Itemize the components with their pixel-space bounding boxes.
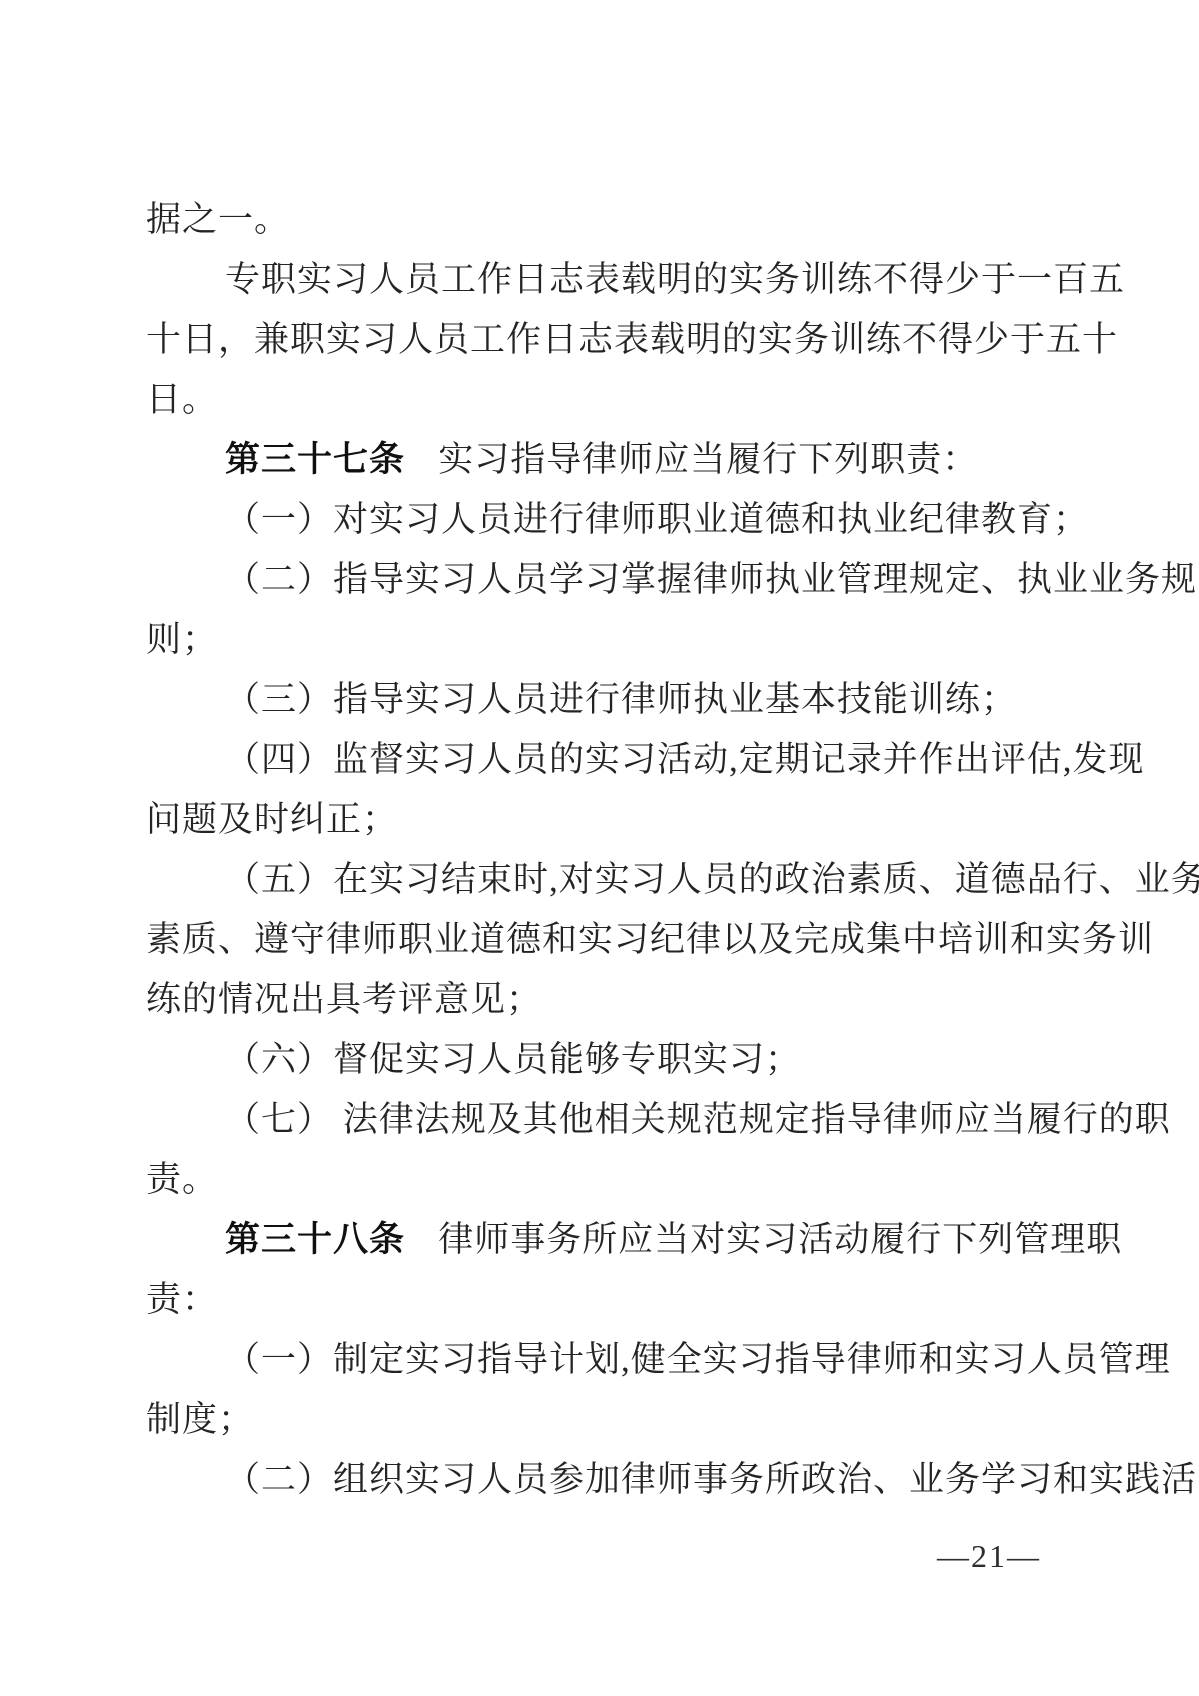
text-segment: 责： (146, 1280, 218, 1319)
text-block: 据之一。专职实习人员工作日志表载明的实务训练不得少于一百五十日，兼职实习人员工作… (146, 190, 1066, 1510)
text-segment: （二）指导实习人员学习掌握律师执业管理规定、执业业务规 (225, 560, 1197, 599)
text-segment: 十日，兼职实习人员工作日志表载明的实务训练不得少于五十 (146, 320, 1118, 359)
text-line: （二）指导实习人员学习掌握律师执业管理规定、执业业务规 (146, 550, 1066, 610)
text-segment: 问题及时纠正； (146, 800, 398, 839)
text-line: 据之一。 (146, 190, 1066, 250)
text-segment: 实习指导律师应当履行下列职责： (438, 440, 978, 479)
text-line: 专职实习人员工作日志表载明的实务训练不得少于一百五 (146, 250, 1066, 310)
text-segment: 专职实习人员工作日志表载明的实务训练不得少于一百五 (225, 260, 1125, 299)
text-line: 责： (146, 1270, 1066, 1330)
text-line: （三）指导实习人员进行律师执业基本技能训练； (146, 670, 1066, 730)
text-segment: （三）指导实习人员进行律师执业基本技能训练； (225, 680, 1017, 719)
text-line: 十日，兼职实习人员工作日志表载明的实务训练不得少于五十 (146, 310, 1066, 370)
text-line: 责。 (146, 1150, 1066, 1210)
document-page: 据之一。专职实习人员工作日志表载明的实务训练不得少于一百五十日，兼职实习人员工作… (0, 0, 1199, 1696)
text-line: 日。 (146, 370, 1066, 430)
text-line: （七） 法律法规及其他相关规范规定指导律师应当履行的职 (146, 1090, 1066, 1150)
text-line: （一）对实习人员进行律师职业道德和执业纪律教育； (146, 490, 1066, 550)
article-number: 第三十七条 (225, 440, 405, 479)
text-segment: （一）制定实习指导计划,健全实习指导律师和实习人员管理 (225, 1340, 1171, 1379)
text-segment: 练的情况出具考评意见； (146, 980, 542, 1019)
text-line: 第三十八条律师事务所应当对实习活动履行下列管理职 (146, 1210, 1066, 1270)
page-number: —21— (937, 1534, 1041, 1578)
text-line: （二）组织实习人员参加律师事务所政治、业务学习和实践活 (146, 1450, 1066, 1510)
text-segment: 则； (146, 620, 218, 659)
text-segment: 律师事务所应当对实习活动履行下列管理职 (438, 1220, 1122, 1259)
article-number: 第三十八条 (225, 1220, 405, 1259)
text-line: （一）制定实习指导计划,健全实习指导律师和实习人员管理 (146, 1330, 1066, 1390)
text-segment: （二）组织实习人员参加律师事务所政治、业务学习和实践活 (225, 1460, 1197, 1499)
text-segment: （一）对实习人员进行律师职业道德和执业纪律教育； (225, 500, 1089, 539)
text-line: （四）监督实习人员的实习活动,定期记录并作出评估,发现 (146, 730, 1066, 790)
text-line: （六）督促实习人员能够专职实习； (146, 1030, 1066, 1090)
text-line: 第三十七条实习指导律师应当履行下列职责： (146, 430, 1066, 490)
text-segment: （四）监督实习人员的实习活动,定期记录并作出评估,发现 (225, 740, 1145, 779)
text-segment: 日。 (146, 380, 218, 419)
text-segment: 制度； (146, 1400, 254, 1439)
text-segment: （五）在实习结束时,对实习人员的政治素质、道德品行、业务 (225, 860, 1199, 899)
text-segment: 素质、遵守律师职业道德和实习纪律以及完成集中培训和实务训 (146, 920, 1154, 959)
text-line: 问题及时纠正； (146, 790, 1066, 850)
text-segment: 责。 (146, 1160, 218, 1199)
text-segment: （六）督促实习人员能够专职实习； (225, 1040, 801, 1079)
text-segment: 据之一。 (146, 200, 290, 239)
text-line: 制度； (146, 1390, 1066, 1450)
text-segment: （七） 法律法规及其他相关规范规定指导律师应当履行的职 (225, 1100, 1171, 1139)
text-line: 则； (146, 610, 1066, 670)
text-line: 素质、遵守律师职业道德和实习纪律以及完成集中培训和实务训 (146, 910, 1066, 970)
text-line: 练的情况出具考评意见； (146, 970, 1066, 1030)
text-line: （五）在实习结束时,对实习人员的政治素质、道德品行、业务 (146, 850, 1066, 910)
